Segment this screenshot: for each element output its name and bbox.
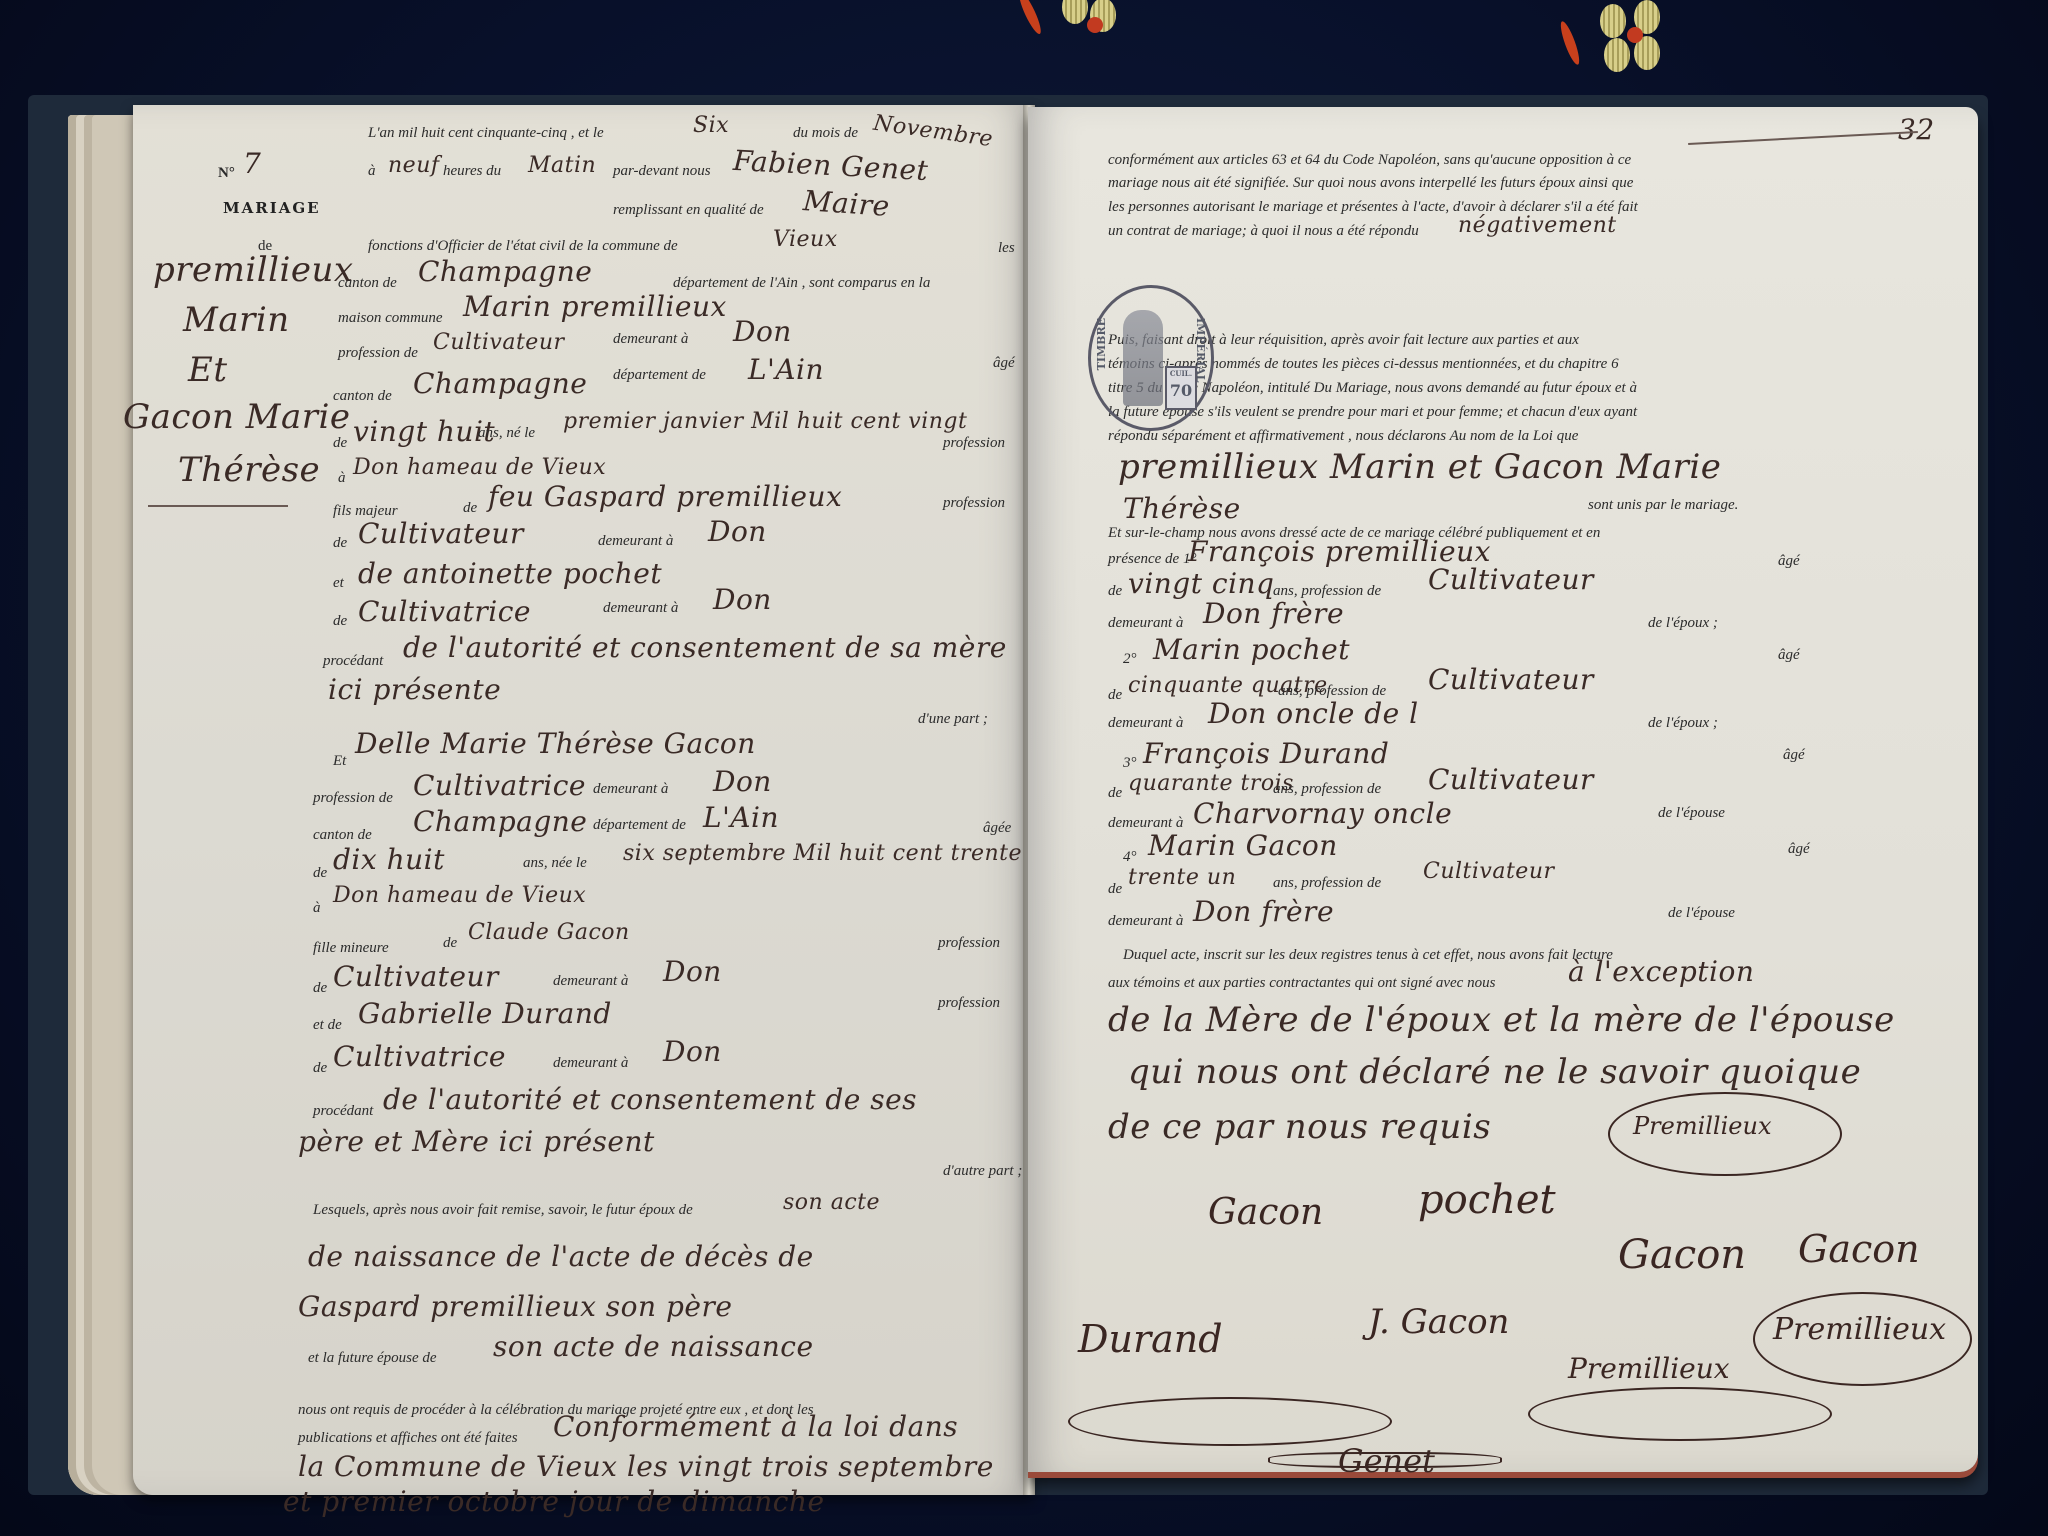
printed-text: profession	[938, 995, 1000, 1012]
printed-text: demeurant à	[598, 533, 673, 550]
folio-flourish	[1688, 131, 1918, 145]
printed-text: âgé	[993, 355, 1015, 372]
signature-flourish	[1268, 1452, 1502, 1468]
stamp-text-left: TIMBRE	[1095, 318, 1108, 370]
printed-text: demeurant à	[553, 973, 628, 990]
handwritten-text: feu Gaspard premillieux	[488, 480, 842, 513]
printed-text: âgé	[1778, 647, 1800, 664]
printed-text: du mois de	[793, 125, 858, 142]
printed-text: Et	[333, 753, 346, 770]
handwritten-text: Champagne	[413, 367, 587, 400]
handwritten-text: Gabrielle Durand	[358, 997, 612, 1030]
printed-text: fille mineure	[313, 940, 389, 957]
signature: Premillieux	[1773, 1312, 1946, 1347]
handwritten-text: Cultivatrice	[358, 595, 531, 628]
handwritten-text: de antoinette pochet	[358, 557, 662, 590]
printed-text: présence de 1°	[1108, 551, 1196, 568]
printed-text: sont unis par le mariage.	[1588, 497, 1738, 514]
handwritten-text: Cultivateur	[1428, 763, 1594, 796]
handwritten-text: Don	[733, 315, 792, 348]
handwritten-text: Six	[693, 113, 729, 138]
handwritten-text: Don hameau de Vieux	[353, 455, 606, 480]
printed-text: demeurant à	[613, 331, 688, 348]
printed-text: remplissant en qualité de	[613, 202, 764, 219]
printed-text: publications et affiches ont été faites	[298, 1430, 518, 1447]
printed-text: demeurant à	[1108, 913, 1183, 930]
printed-text: département de	[613, 367, 706, 384]
handwritten-text: Cultivateur	[358, 517, 524, 550]
printed-text: par-devant nous	[613, 163, 711, 180]
printed-text: Lesquels, après nous avoir fait remise, …	[313, 1202, 693, 1219]
printed-text: 3°	[1123, 755, 1137, 772]
printed-text: de	[443, 935, 457, 952]
printed-text: un contrat de mariage; à quoi il nous a …	[1108, 223, 1419, 240]
record-type: MARIAGE	[223, 199, 321, 217]
handwritten-text: Claude Gacon	[468, 920, 630, 945]
signature: J. Gacon	[1368, 1302, 1509, 1342]
handwritten-text: Cultivateur	[433, 330, 565, 355]
handwritten-text: ici présente	[328, 673, 501, 706]
handwritten-text: Cultivateur	[1428, 563, 1594, 596]
printed-text: profession de	[338, 345, 418, 362]
handwritten-text: Don frère	[1193, 895, 1334, 928]
printed-text: L'an mil huit cent cinquante-cinq , et l…	[368, 125, 604, 142]
handwritten-text: Gaspard premillieux son père	[298, 1290, 732, 1323]
handwritten-text: Conformément à la loi dans	[553, 1410, 958, 1443]
stamp-value: 70	[1170, 381, 1192, 400]
printed-text: ans, né le	[478, 425, 535, 442]
handwritten-text: vingt huit	[353, 415, 495, 448]
handwritten-text: Marin premillieux	[463, 290, 727, 323]
printed-text: profession	[943, 435, 1005, 452]
handwritten-text: Novembre	[872, 111, 995, 153]
printed-text: fonctions d'Officier de l'état civil de …	[368, 238, 678, 255]
printed-text: et de	[313, 1017, 342, 1034]
handwritten-text: Don	[713, 765, 772, 798]
printed-text: de	[333, 535, 347, 552]
handwritten-text: son acte de naissance	[493, 1330, 814, 1363]
handwritten-text: premillieux Marin et Gacon Marie	[1118, 447, 1721, 487]
handwritten-text: Marin pochet	[1153, 633, 1350, 666]
printed-text: canton de	[313, 827, 372, 844]
handwritten-text: trente un	[1128, 865, 1236, 890]
printed-text: de	[333, 613, 347, 630]
printed-text: de l'épouse	[1658, 805, 1725, 822]
handwritten-text: Don frère	[1203, 597, 1344, 630]
signature-flourish	[1528, 1387, 1832, 1441]
handwritten-text: Don	[708, 515, 767, 548]
signature-flourish	[1068, 1397, 1392, 1446]
handwritten-text: à l'exception	[1568, 955, 1754, 988]
printed-text: âgé	[1788, 841, 1810, 858]
cloth-flower-1	[1060, 0, 1130, 60]
handwritten-text: Champagne	[413, 805, 587, 838]
printed-text: procédant	[313, 1103, 373, 1120]
handwritten-text: Don	[663, 955, 722, 988]
signature: Gacon	[1798, 1227, 1920, 1271]
margin-name-3: Et	[188, 350, 227, 390]
printed-text: de l'épouse	[1668, 905, 1735, 922]
signature: pochet	[1418, 1177, 1556, 1223]
printed-text: demeurant à	[553, 1055, 628, 1072]
printed-text: de l'époux ;	[1648, 615, 1718, 632]
printed-text: profession de	[313, 790, 393, 807]
printed-text: aux témoins et aux parties contractantes…	[1108, 975, 1495, 992]
printed-text: de l'époux ;	[1648, 715, 1718, 732]
margin-name-5: Thérèse	[178, 450, 320, 490]
handwritten-text: premier janvier Mil huit cent vingt	[563, 409, 967, 434]
signature: Gacon	[1208, 1192, 1323, 1233]
printed-text: procédant	[323, 653, 383, 670]
handwritten-text: père et Mère ici présent	[298, 1125, 655, 1158]
printed-text: de	[463, 500, 477, 517]
handwritten-text: quarante trois	[1128, 771, 1294, 796]
printed-text: de	[313, 865, 327, 882]
handwritten-text: négativement	[1458, 213, 1617, 238]
printed-text: Duquel acte, inscrit sur les deux regist…	[1123, 947, 1613, 964]
handwritten-text: Cultivatrice	[333, 1040, 506, 1073]
handwritten-text: Fabien Genet	[732, 144, 929, 187]
handwritten-text: Thérèse	[1123, 492, 1241, 525]
entry-number-label: N°	[218, 165, 235, 182]
printed-text: à	[368, 163, 376, 180]
printed-text: d'une part ;	[918, 711, 988, 728]
handwritten-text: de la Mère de l'époux et la mère de l'ép…	[1108, 1000, 1895, 1040]
cloth-flower-2	[1600, 0, 1670, 70]
printed-text: profession	[943, 495, 1005, 512]
printed-text: de	[313, 1060, 327, 1077]
printed-text: âgée	[983, 820, 1011, 837]
printed-text: ans, profession de	[1273, 875, 1381, 892]
printed-text: à	[313, 900, 321, 917]
printed-text: de	[1108, 785, 1122, 802]
cloth-leaf-1	[1016, 0, 1045, 36]
margin-name-4: Gacon Marie	[123, 397, 350, 437]
entry-number: 7	[243, 147, 261, 180]
printed-text: demeurant à	[1108, 715, 1183, 732]
handwritten-text: Marin Gacon	[1148, 829, 1338, 862]
handwritten-text: Cultivateur	[1423, 859, 1555, 884]
printed-text: d'autre part ;	[943, 1163, 1022, 1180]
handwritten-text: Don	[663, 1035, 722, 1068]
handwritten-text: de naissance de l'acte de décès de	[308, 1240, 814, 1273]
printed-text: les	[998, 240, 1015, 257]
handwritten-text: de l'autorité et consentement de sa mère	[403, 631, 1007, 664]
printed-text: canton de	[338, 275, 397, 292]
printed-text: demeurant à	[1108, 615, 1183, 632]
signature: Durand	[1078, 1317, 1223, 1361]
printed-text: maison commune	[338, 310, 443, 327]
printed-text: à	[338, 470, 346, 487]
handwritten-text: François Durand	[1143, 737, 1389, 770]
printed-text: 2°	[1123, 651, 1137, 668]
printed-text: et la future épouse de	[308, 1350, 437, 1367]
cloth-leaf-2	[1557, 20, 1582, 67]
signature: Premillieux	[1633, 1112, 1771, 1140]
handwritten-text: la Commune de Vieux les vingt trois sept…	[298, 1450, 994, 1483]
printed-text: de	[1108, 881, 1122, 898]
printed-text: de	[333, 435, 347, 452]
stamp-value-box: CUIL. 70	[1165, 366, 1197, 410]
printed-text: ans, née le	[523, 855, 587, 872]
handwritten-text: Don	[713, 583, 772, 616]
signature: Gacon	[1618, 1232, 1746, 1278]
printed-text: et	[333, 575, 344, 592]
handwritten-text: Cultivateur	[333, 960, 499, 993]
printed-text: ans, profession de	[1273, 781, 1381, 798]
open-register-book: N° 7 MARIAGE de premillieux Marin Et Gac…	[28, 95, 1988, 1495]
stamp-value-label: CUIL.	[1167, 368, 1195, 380]
printed-text: âgé	[1783, 747, 1805, 764]
handwritten-text: neuf	[388, 153, 440, 178]
printed-text: heures du	[443, 163, 501, 180]
printed-text: répondu séparément et affirmativement , …	[1108, 428, 1578, 445]
printed-text: département de	[593, 817, 686, 834]
handwritten-text: et premier octobre jour de dimanche	[283, 1485, 825, 1518]
printed-text: profession	[938, 935, 1000, 952]
printed-text: demeurant à	[593, 781, 668, 798]
handwritten-text: Cultivatrice	[413, 769, 586, 802]
handwritten-text: Matin	[528, 153, 596, 178]
handwritten-text: Delle Marie Thérèse Gacon	[355, 727, 756, 760]
handwritten-text: Vieux	[773, 227, 838, 252]
handwritten-text: Charvornay oncle	[1193, 797, 1452, 830]
handwritten-text: dix huit	[333, 843, 445, 876]
printed-text: âgé	[1778, 553, 1800, 570]
handwritten-text: de l'autorité et consentement de ses	[383, 1083, 917, 1116]
printed-text: canton de	[333, 388, 392, 405]
margin-underline	[148, 505, 288, 507]
handwritten-text: Don oncle de l	[1208, 697, 1419, 730]
handwritten-text: L'Ain	[703, 801, 779, 834]
printed-text: de	[1108, 687, 1122, 704]
stamp-figure-icon	[1123, 310, 1163, 406]
printed-text: conformément aux articles 63 et 64 du Co…	[1108, 152, 1631, 169]
margin-name-2: Marin	[183, 300, 290, 340]
handwritten-text: Cultivateur	[1428, 663, 1594, 696]
printed-text: demeurant à	[603, 600, 678, 617]
handwritten-text: son acte	[783, 1190, 880, 1215]
printed-text: 4°	[1123, 849, 1137, 866]
handwritten-text: vingt cinq	[1128, 567, 1274, 600]
handwritten-text: Don hameau de Vieux	[333, 883, 586, 908]
left-page: N° 7 MARIAGE de premillieux Marin Et Gac…	[133, 105, 1033, 1495]
signature: Premillieux	[1568, 1352, 1730, 1385]
handwritten-text: L'Ain	[748, 353, 824, 386]
margin-name-1: premillieux	[153, 250, 354, 290]
printed-text: mariage nous ait été signifiée. Sur quoi…	[1108, 175, 1633, 192]
handwritten-text: Maire	[802, 184, 891, 223]
handwritten-text: de ce par nous requis	[1108, 1107, 1491, 1147]
printed-text: de	[1108, 583, 1122, 600]
handwritten-text: six septembre Mil huit cent trente sept	[623, 841, 1079, 866]
handwritten-text: Champagne	[418, 255, 592, 288]
printed-text: de	[313, 980, 327, 997]
imperial-tax-stamp: TIMBRE IMPÉRIAL CUIL. 70	[1088, 285, 1214, 431]
folio-number: 32	[1898, 113, 1935, 146]
handwritten-text: qui nous ont déclaré ne le savoir quoiqu…	[1128, 1052, 1861, 1092]
